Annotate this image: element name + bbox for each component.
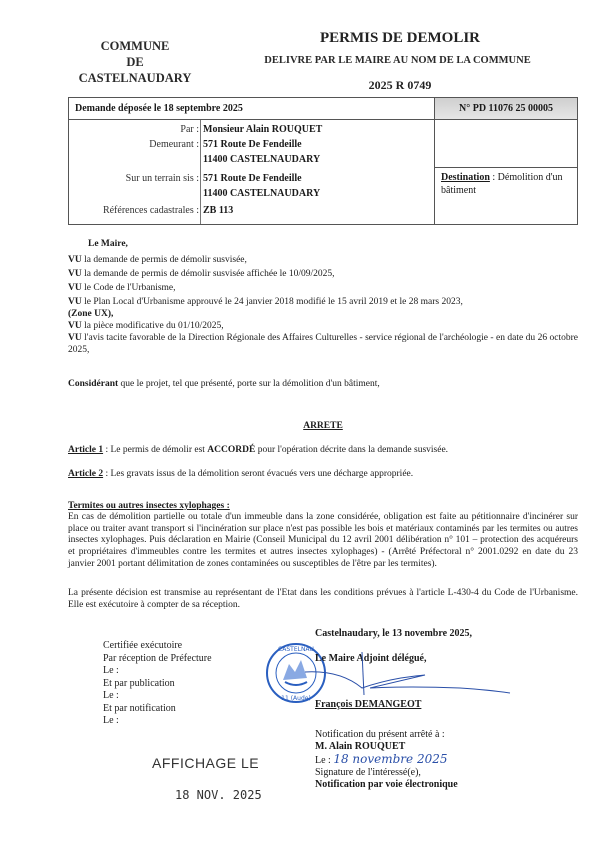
considerant-label: Considérant — [68, 379, 118, 389]
vu-label: VU — [68, 269, 82, 279]
termites-text: En cas de démolition partielle ou totale… — [68, 512, 578, 571]
cert-line: Et par publication — [103, 678, 212, 691]
vu-label: VU — [68, 333, 82, 343]
vu-text: le Plan Local d'Urbanisme approuvé le 24… — [82, 297, 463, 307]
table-row: Sur un terrain sis : 571 Route De Fendei… — [69, 173, 435, 188]
considerant: Considérant que le projet, tel que prése… — [68, 378, 578, 390]
vu-text: la pièce modificative du 01/10/2025, — [82, 321, 224, 331]
vu-label: VU — [68, 255, 82, 265]
destination: Destination : Démolition d'un bâtiment — [441, 171, 577, 197]
request-date: Demande déposée le 18 septembre 2025 — [69, 98, 435, 120]
document-subtitle: DELIVRE PAR LE MAIRE AU NOM DE LA COMMUN… — [200, 55, 595, 66]
arrete-heading: ARRETE — [68, 420, 578, 432]
applicant-details: Par : Monsieur Alain ROUQUET Demeurant :… — [69, 120, 435, 224]
vu-label: VU — [68, 297, 82, 307]
zone: (Zone UX), — [68, 309, 113, 319]
termites-heading: Termites ou autres insectes xylophages : — [68, 500, 578, 512]
cert-line: Et par notification — [103, 703, 212, 716]
table-row: Par : Monsieur Alain ROUQUET — [69, 124, 435, 139]
column-divider — [200, 120, 201, 224]
article-1: Article 1 : Le permis de démolir est ACC… — [68, 444, 578, 456]
le-maire: Le Maire, — [88, 238, 595, 250]
table-row: Références cadastrales : ZB 113 — [69, 205, 435, 220]
cert-line: Le : — [103, 715, 212, 728]
vu-clause-3: VU le Code de l'Urbanisme, — [68, 282, 578, 294]
place-and-date: Castelnaudary, le 13 novembre 2025, — [315, 628, 472, 639]
notification-method: Notification par voie électronique — [315, 779, 458, 791]
transmission-text: La présente décision est transmise au re… — [68, 588, 578, 611]
vu-text: la demande de permis de démolir susvisée… — [82, 255, 247, 265]
document-title: PERMIS DE DEMOLIR — [215, 30, 585, 47]
posting-stamp-date: 18 NOV. 2025 — [175, 788, 262, 802]
vu-label: VU — [68, 321, 82, 331]
commune-line-2: DE — [60, 54, 210, 70]
vu-clause-1: VU la demande de permis de démolir susvi… — [68, 254, 578, 266]
table-row: Demeurant : 571 Route De Fendeille — [69, 139, 435, 154]
accorde: ACCORDÉ — [207, 445, 255, 455]
article-2: Article 2 : Les gravats issus de la démo… — [68, 468, 578, 480]
vu-clause-6: VU l'avis tacite favorable de la Directi… — [68, 332, 578, 356]
vu-clause-4: VU le Plan Local d'Urbanisme approuvé le… — [68, 296, 578, 320]
posting-stamp-label: AFFICHAGE LE — [152, 755, 259, 771]
vu-text: le Code de l'Urbanisme, — [82, 283, 176, 293]
commune-line-3: CASTELNAUDARY — [60, 70, 210, 86]
divider — [435, 167, 577, 168]
commune-name: COMMUNE DE CASTELNAUDARY — [60, 38, 210, 86]
notification-title: Notification du présent arrêté à : — [315, 729, 458, 741]
commune-line-1: COMMUNE — [60, 38, 210, 54]
handwritten-signature-icon — [300, 650, 520, 700]
row-label: Par : — [180, 124, 199, 135]
date-label: Le : — [315, 755, 333, 766]
request-info-table: Demande déposée le 18 septembre 2025 N° … — [68, 97, 578, 225]
row-label: Références cadastrales : — [103, 205, 199, 216]
cert-line: Par réception de Préfecture — [103, 653, 212, 666]
notification-date: Le : 18 novembre 2025 — [315, 753, 458, 767]
document-reference: 2025 R 0749 — [215, 78, 585, 93]
row-label: Sur un terrain sis : — [126, 173, 199, 184]
handwritten-date: 18 novembre 2025 — [333, 752, 447, 766]
file-number: N° PD 11076 25 00005 — [435, 98, 577, 120]
table-row: 11400 CASTELNAUDARY — [69, 154, 435, 169]
article-2-label: Article 2 — [68, 469, 103, 479]
row-label: Demeurant : — [149, 139, 199, 150]
article-1-text-end: pour l'opération décrite dans la demande… — [255, 445, 448, 455]
certification-block: Certifiée exécutoire Par réception de Pr… — [103, 640, 212, 728]
article-1-label: Article 1 — [68, 445, 103, 455]
row-value: 571 Route De Fendeille — [203, 173, 302, 184]
cert-line: Le : — [103, 665, 212, 678]
row-value: Monsieur Alain ROUQUET — [203, 124, 322, 135]
signatory-name: François DEMANGEOT — [315, 699, 421, 710]
row-value: 11400 CASTELNAUDARY — [203, 188, 320, 199]
vu-label: VU — [68, 283, 82, 293]
row-value: 11400 CASTELNAUDARY — [203, 154, 320, 165]
considerant-text: que le projet, tel que présenté, porte s… — [118, 379, 380, 389]
article-2-text: : Les gravats issus de la démolition ser… — [103, 469, 413, 479]
destination-cell: Destination : Démolition d'un bâtiment — [435, 120, 577, 224]
vu-clause-2: VU la demande de permis de démolir susvi… — [68, 268, 578, 280]
cert-line: Certifiée exécutoire — [103, 640, 212, 653]
article-1-text: : Le permis de démolir est — [103, 445, 207, 455]
cert-line: Le : — [103, 690, 212, 703]
notification-block: Notification du présent arrêté à : M. Al… — [315, 729, 458, 791]
vu-text: la demande de permis de démolir susvisée… — [82, 269, 335, 279]
signature-label: Signature de l'intéressé(e), — [315, 767, 458, 779]
row-value: 571 Route De Fendeille — [203, 139, 302, 150]
row-value: ZB 113 — [203, 205, 233, 216]
vu-clause-5: VU la pièce modificative du 01/10/2025, — [68, 320, 578, 332]
destination-label: Destination — [441, 172, 490, 183]
table-row: 11400 CASTELNAUDARY — [69, 188, 435, 203]
vu-text: l'avis tacite favorable de la Direction … — [68, 333, 578, 355]
